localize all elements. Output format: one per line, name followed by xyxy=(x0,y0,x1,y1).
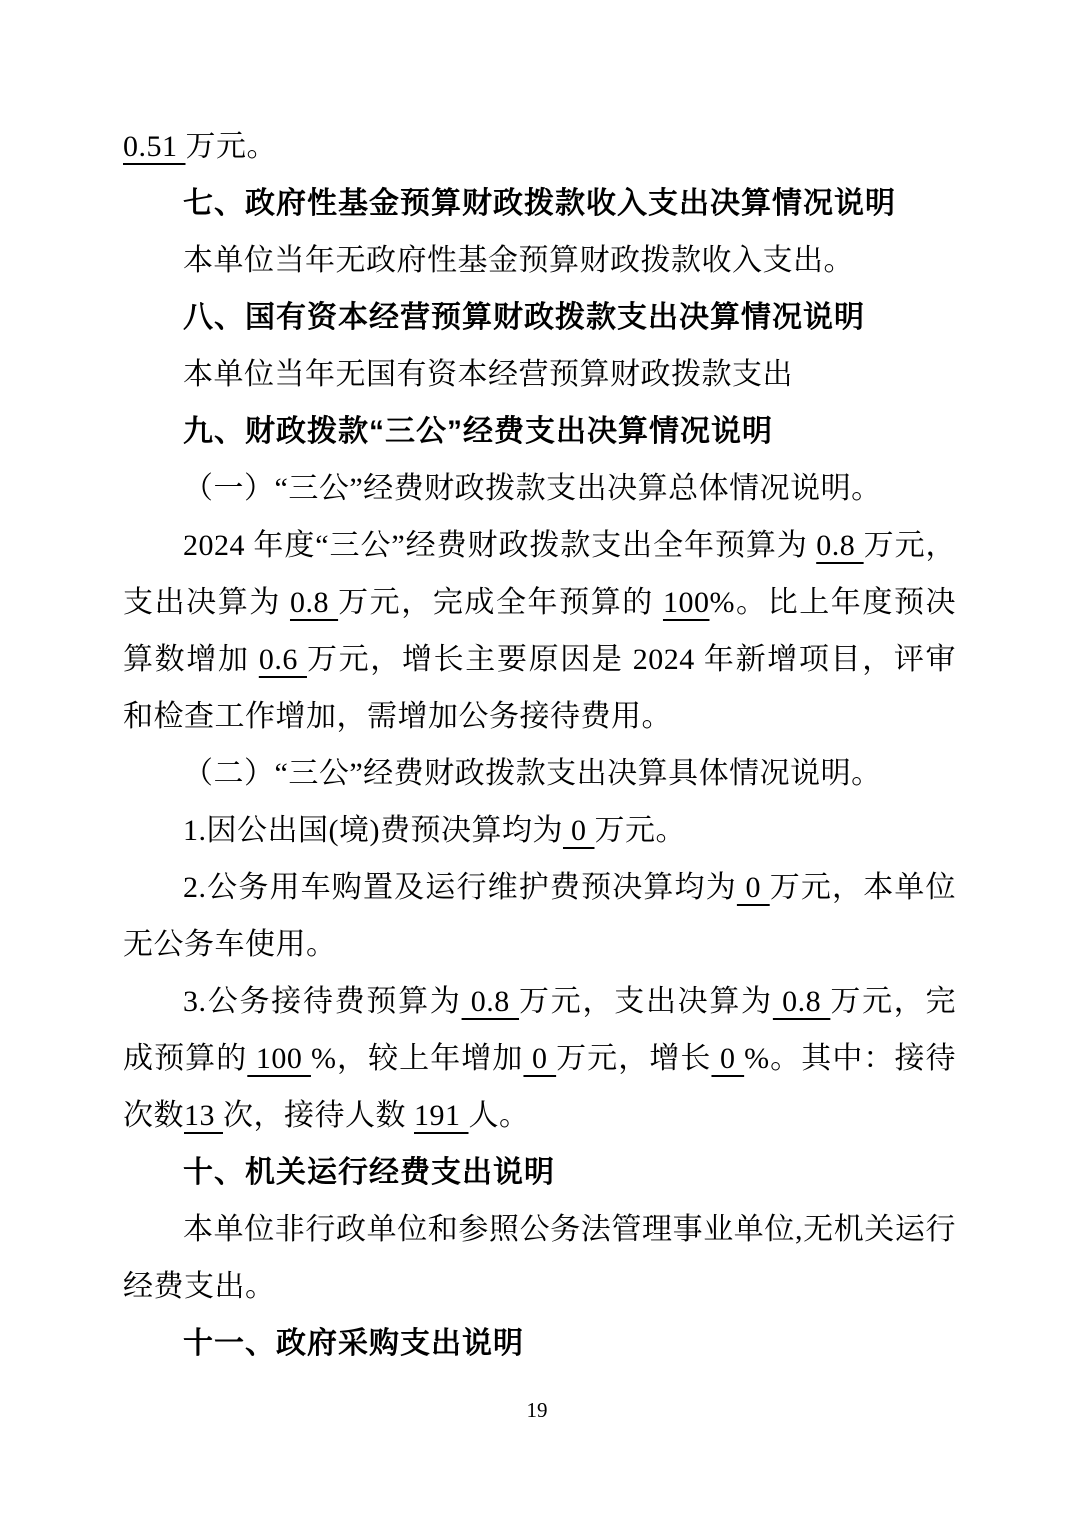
paragraph: （二）“三公”经费财政拨款支出决算具体情况说明。 xyxy=(123,745,956,802)
underlined-value: 0 xyxy=(711,1042,744,1075)
underlined-value: 13 xyxy=(184,1099,223,1132)
text-run: 2.公务用车购置及运行维护费预决算均为 xyxy=(183,871,737,904)
document-body: 0.51 万元。七、政府性基金预算财政拨款收入支出决算情况说明本单位当年无政府性… xyxy=(123,118,956,1372)
document-page: 0.51 万元。七、政府性基金预算财政拨款收入支出决算情况说明本单位当年无政府性… xyxy=(0,0,1074,1520)
text-run: 次，接待人数 xyxy=(223,1099,414,1132)
text-run: 本单位非行政单位和参照公务法管理事业单位,无机关运行经费支出。 xyxy=(123,1213,956,1303)
underlined-value: 100 xyxy=(247,1042,311,1075)
paragraph: 2024 年度“三公”经费财政拨款支出全年预算为 0.8 万元，支出决算为 0.… xyxy=(123,517,956,745)
section-heading: 十、机关运行经费支出说明 xyxy=(123,1144,956,1201)
paragraph: 本单位当年无国有资本经营预算财政拨款支出 xyxy=(123,346,956,403)
text-run: 万元，支出决算为 xyxy=(519,985,773,1018)
section-heading: 十一、政府采购支出说明 xyxy=(123,1315,956,1372)
text-run: （一）“三公”经费财政拨款支出决算总体情况说明。 xyxy=(183,472,882,505)
paragraph: 3.公务接待费预算为 0.8 万元，支出决算为 0.8 万元，完成预算的 100… xyxy=(123,973,956,1144)
paragraph: 本单位非行政单位和参照公务法管理事业单位,无机关运行经费支出。 xyxy=(123,1201,956,1315)
underlined-value: 0.8 xyxy=(462,985,519,1018)
paragraph: 1.因公出国(境)费预决算均为 0 万元。 xyxy=(123,802,956,859)
text-run: 人。 xyxy=(469,1099,530,1132)
text-run: 万元。 xyxy=(594,814,686,847)
underlined-value: 0.8 xyxy=(773,985,830,1018)
underlined-value: 0 xyxy=(737,871,770,904)
underlined-value: 0.6 xyxy=(259,643,307,676)
text-run: 万元，完成全年预算的 xyxy=(338,586,663,619)
underlined-value: 191 xyxy=(414,1099,469,1132)
page-number: 19 xyxy=(0,1398,1074,1423)
text-run: 十、机关运行经费支出说明 xyxy=(183,1156,555,1189)
text-run: 八、国有资本经营预算财政拨款支出决算情况说明 xyxy=(183,301,865,334)
paragraph: （一）“三公”经费财政拨款支出决算总体情况说明。 xyxy=(123,460,956,517)
text-run: 本单位当年无国有资本经营预算财政拨款支出 xyxy=(183,358,793,391)
underlined-value: 0.51 xyxy=(123,130,186,163)
underlined-value: 0 xyxy=(523,1042,556,1075)
section-heading: 八、国有资本经营预算财政拨款支出决算情况说明 xyxy=(123,289,956,346)
underlined-value: 0.8 xyxy=(290,586,338,619)
text-run: 本单位当年无政府性基金预算财政拨款收入支出。 xyxy=(183,244,854,277)
text-run: 七、政府性基金预算财政拨款收入支出决算情况说明 xyxy=(183,187,896,220)
section-heading: 九、财政拨款“三公”经费支出决算情况说明 xyxy=(123,403,956,460)
text-run: 十一、政府采购支出说明 xyxy=(183,1327,524,1360)
text-run: （二）“三公”经费财政拨款支出决算具体情况说明。 xyxy=(183,757,882,790)
text-run: %，较上年增加 xyxy=(311,1042,524,1075)
underlined-value: 0.8 xyxy=(816,529,863,562)
text-run: 九、财政拨款“三公”经费支出决算情况说明 xyxy=(183,415,773,448)
section-heading: 七、政府性基金预算财政拨款收入支出决算情况说明 xyxy=(123,175,956,232)
paragraph: 2.公务用车购置及运行维护费预决算均为 0 万元，本单位无公务车使用。 xyxy=(123,859,956,973)
paragraph: 0.51 万元。 xyxy=(123,118,956,175)
underlined-value: 100 xyxy=(663,586,710,619)
text-run: 2024 年度“三公”经费财政拨款支出全年预算为 xyxy=(183,529,816,562)
underlined-value: 0 xyxy=(563,814,595,847)
text-run: 万元，增长 xyxy=(556,1042,711,1075)
text-run: 3.公务接待费预算为 xyxy=(183,985,462,1018)
text-run: 万元。 xyxy=(186,130,278,163)
text-run: 1.因公出国(境)费预决算均为 xyxy=(183,814,563,847)
paragraph: 本单位当年无政府性基金预算财政拨款收入支出。 xyxy=(123,232,956,289)
